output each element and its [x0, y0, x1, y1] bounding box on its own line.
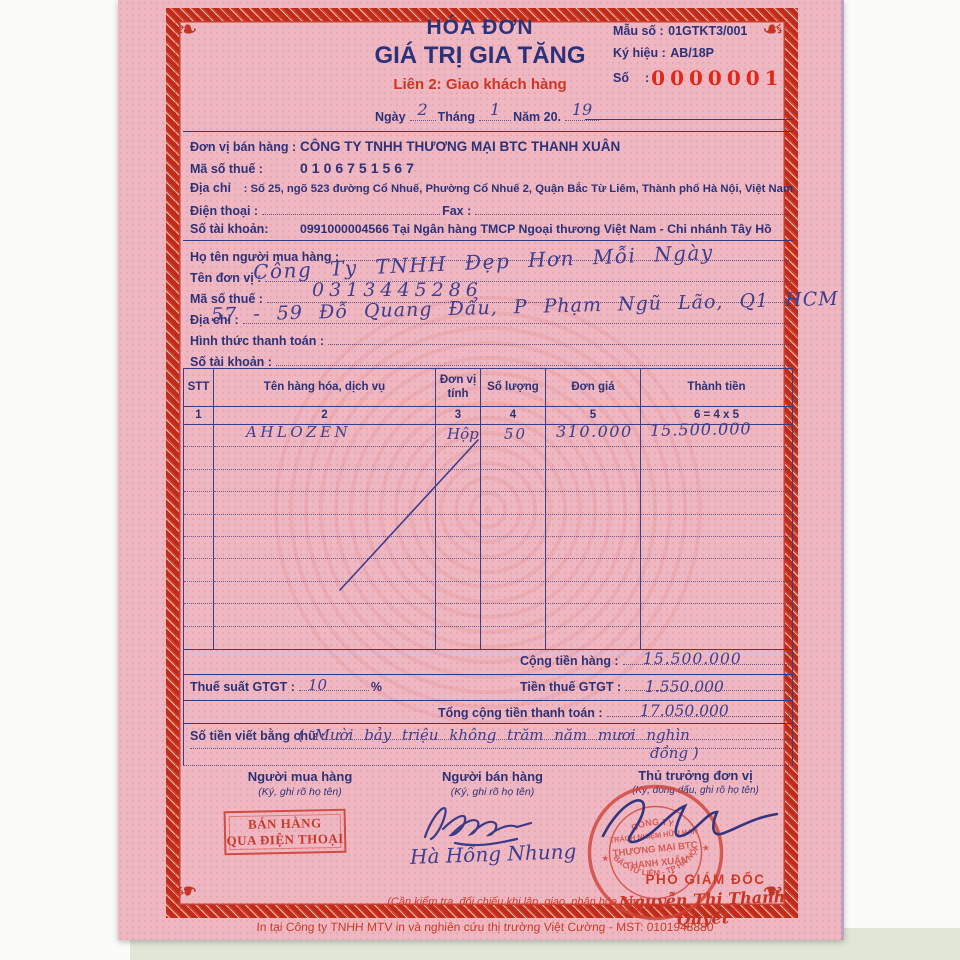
seller-unit-name: CÔNG TY TNHH THƯƠNG MẠI BTC THANH XUÂN — [300, 139, 620, 154]
index-cell: 1 — [184, 407, 214, 424]
buyer-payment-dots — [328, 332, 791, 345]
year-handwritten: 19 — [572, 100, 592, 119]
seller-tax-label: Mã số thuế : — [190, 162, 300, 176]
seller-phone-label: Điện thoại : — [190, 204, 258, 218]
date-rule — [585, 119, 793, 120]
seller-address-label: Địa chỉ — [190, 181, 244, 195]
year-dots: 19 — [565, 100, 599, 121]
month-dots: 1 — [479, 100, 511, 121]
seller-tax-value: 0106751567 — [300, 160, 418, 176]
form-label: Mẫu số : — [613, 24, 664, 38]
seller-unit-label: Đơn vị bán hàng : — [190, 140, 300, 154]
date-line: Ngày 2 Tháng 1 Năm 20. 19 — [375, 100, 601, 124]
director-signature — [585, 786, 795, 856]
col-header-price: Đơn giá — [546, 369, 641, 406]
month-label: Tháng — [438, 110, 476, 124]
invoice-title: HÓA ĐƠN — [300, 16, 660, 40]
index-cell: 3 — [436, 407, 481, 424]
grand-total-label: Tổng cộng tiền thanh toán : — [438, 706, 603, 720]
col-header-name: Tên hàng hóa, dịch vụ — [214, 369, 436, 406]
vat-label: Tiền thuế GTGT : — [520, 680, 621, 694]
day-label: Ngày — [375, 110, 406, 124]
seller-account-value: 0991000004566 Tại Ngân hàng TMCP Ngoại t… — [300, 222, 772, 236]
col-header-stt: STT — [184, 369, 214, 406]
year-label: Năm 20. — [513, 110, 561, 124]
words-line2-handwritten: đồng ) — [650, 744, 699, 762]
copy-line: Liên 2: Giao khách hàng — [300, 76, 660, 93]
invoice-number: 0000001 — [651, 66, 783, 90]
day-handwritten: 2 — [417, 100, 427, 119]
col-header-unit: Đơn vị tính — [436, 369, 481, 406]
buyer-account-row: Số tài khoản : — [190, 353, 793, 369]
buyer-account-label: Số tài khoản : — [190, 355, 272, 369]
phone-dots — [262, 202, 440, 215]
totals-left-border — [183, 648, 184, 765]
diagonal-strike-line — [183, 423, 793, 648]
seller-unit-row: Đơn vị bán hàng : CÔNG TY TNHH THƯƠNG MẠ… — [190, 139, 793, 154]
totals-bottom-dotted — [183, 764, 793, 766]
grand-total-row: Tổng cộng tiền thanh toán : — [438, 704, 793, 720]
col-header-amount: Thành tiền — [641, 369, 792, 406]
seller-account-row: Số tài khoản: 0991000004566 Tại Ngân hàn… — [190, 222, 793, 236]
col-header-qty: Số lượng — [481, 369, 546, 406]
invoice-subtitle: GIÁ TRỊ GIA TĂNG — [300, 42, 660, 70]
buyer-account-dots — [276, 353, 791, 366]
seller-address-row: Địa chỉ : Số 25, ngõ 523 đường Cổ Nhuế, … — [190, 181, 793, 195]
fax-dots — [475, 202, 791, 215]
buyer-sign-sub: (Ký, ghi rõ họ tên) — [205, 786, 395, 798]
seller-tax-row: Mã số thuế : 0106751567 — [190, 160, 793, 176]
table-header-row: STT Tên hàng hóa, dịch vụ Đơn vị tính Số… — [184, 369, 792, 407]
seller-phone-fax-row: Điện thoại : Fax : — [190, 202, 793, 218]
words-line1-handwritten: ( Mười bảy triệu không trăm năm mươi ngh… — [298, 726, 690, 744]
grand-total-handwritten: 17.050.000 — [640, 702, 729, 720]
vat-rate-row: Thuế suất GTGT : % — [190, 678, 390, 694]
printer-info: In tại Công ty TNHH MTV in và nghiên cứu… — [235, 920, 736, 934]
number-colon: : — [645, 71, 649, 85]
symbol-label: Ký hiệu : — [613, 46, 666, 60]
totals-divider-2 — [183, 700, 793, 701]
corner-flourish-icon: ❧ — [176, 16, 198, 42]
totals-divider-3 — [183, 723, 793, 724]
day-dots: 2 — [410, 100, 436, 121]
seller-sign-title: Người bán hàng — [400, 769, 585, 784]
footer-note: (Cần kiểm tra, đối chiếu khi lập, giao, … — [350, 896, 680, 908]
vat-handwritten: 1.550.000 — [645, 678, 724, 696]
corner-flourish-icon: ❧ — [176, 878, 198, 904]
form-value: 01GTKT3/001 — [668, 24, 747, 38]
seller-fax-label: Fax : — [442, 204, 471, 218]
buyer-payment-row: Hình thức thanh toán : — [190, 332, 793, 348]
photo-of-invoice: ❧ ❧ ❧ ❧ HÓA ĐƠN GIÁ TRỊ GIA TĂNG Liên 2:… — [0, 0, 960, 960]
symbol-value: AB/18P — [670, 46, 714, 60]
phone-sale-stamp: BÁN HÀNG QUA ĐIỆN THOẠI — [224, 809, 347, 856]
director-role: PHÓ GIÁM ĐỐC — [618, 872, 793, 887]
totals-divider-1 — [183, 674, 793, 675]
month-handwritten: 1 — [490, 100, 500, 119]
header-divider — [183, 131, 793, 132]
number-label: Số — [613, 71, 645, 85]
vat-rate-label: Thuế suất GTGT : — [190, 680, 295, 694]
buyer-payment-label: Hình thức thanh toán : — [190, 334, 324, 348]
buyer-unit-label: Tên đơn vị : — [190, 271, 261, 285]
phone-stamp-line2: QUA ĐIỆN THOẠI — [226, 831, 344, 850]
vat-rate-handwritten: 10 — [308, 676, 327, 694]
index-cell: 4 — [481, 407, 546, 424]
subtotal-label: Cộng tiền hàng : — [520, 654, 619, 668]
seller-address-value: : Số 25, ngõ 523 đường Cổ Nhuế, Phường C… — [244, 183, 793, 195]
buyer-sign-title: Người mua hàng — [205, 769, 395, 784]
index-cell: 2 — [214, 407, 436, 424]
seller-account-label: Số tài khoản: — [190, 222, 300, 236]
percent-sign: % — [371, 680, 382, 694]
phone-stamp-line1: BÁN HÀNG — [248, 815, 322, 833]
subtotal-handwritten: 15.500.000 — [643, 650, 742, 668]
form-info-block: Mẫu số : 01GTKT3/001 Ký hiệu : AB/18P Số… — [613, 22, 798, 90]
